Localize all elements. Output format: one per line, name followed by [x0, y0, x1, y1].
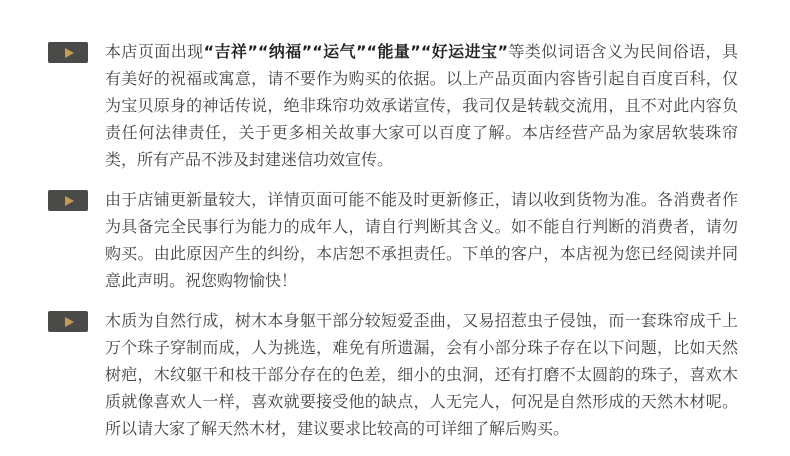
disclaimer-paragraph: 木质为自然行成，树木本身躯干部分较短爱歪曲，又易招惹虫子侵蚀，而一套珠帘成千上万…: [105, 307, 738, 442]
emphasized-term: “纳福”: [258, 42, 312, 61]
disclaimer-item: 由于店铺更新量较大，详情页面可能不能及时更新修正，请以收到货物为准。各消费者作为…: [48, 186, 738, 294]
emphasized-term: “能量”: [367, 42, 421, 61]
emphasized-term: “吉祥”: [204, 42, 258, 61]
emphasized-term: “好运进宝”: [421, 42, 508, 61]
triangle-glyph: [65, 196, 74, 206]
disclaimer-item: 本店页面出现“吉祥”“纳福”“运气”“能量”“好运进宝”等类似词语含义为民间俗语…: [48, 38, 738, 173]
disclaimer-item: 木质为自然行成，树木本身躯干部分较短爱歪曲，又易招惹虫子侵蚀，而一套珠帘成千上万…: [48, 307, 738, 442]
triangle-glyph: [65, 48, 74, 58]
disclaimer-page: 本店页面出现“吉祥”“纳福”“运气”“能量”“好运进宝”等类似词语含义为民间俗语…: [0, 0, 790, 456]
disclaimer-paragraph: 由于店铺更新量较大，详情页面可能不能及时更新修正，请以收到货物为准。各消费者作为…: [105, 186, 738, 294]
play-triangle-icon: [48, 190, 88, 211]
play-triangle-icon: [48, 42, 88, 63]
paragraph-text-run: 等类似词语含义为民间俗语，具有美好的祝福或寓意，请不要作为购买的依据。以上产品页…: [105, 42, 738, 169]
paragraph-text-run: 木质为自然行成，树木本身躯干部分较短爱歪曲，又易招惹虫子侵蚀，而一套珠帘成千上万…: [105, 311, 738, 438]
play-triangle-icon: [48, 311, 88, 332]
paragraph-text-run: 由于店铺更新量较大，详情页面可能不能及时更新修正，请以收到货物为准。各消费者作为…: [105, 190, 738, 290]
paragraph-text-run: 本店页面出现: [105, 42, 204, 61]
disclaimer-paragraph: 本店页面出现“吉祥”“纳福”“运气”“能量”“好运进宝”等类似词语含义为民间俗语…: [105, 38, 738, 173]
triangle-glyph: [65, 317, 74, 327]
emphasized-term: “运气”: [312, 42, 366, 61]
